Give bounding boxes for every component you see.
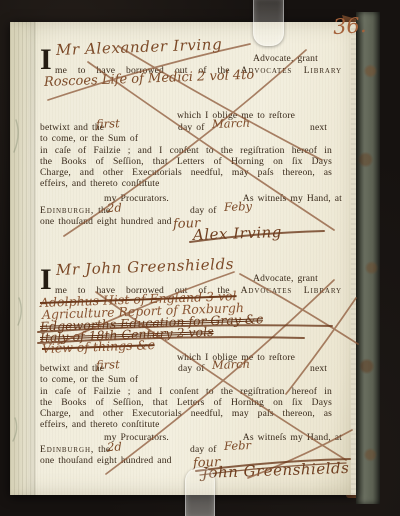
dropcap-initial: I [40,268,52,292]
printed-one-thousand: one thouſand eight hundred and [40,455,172,466]
edinburgh-word: Edinburgh, [40,205,94,216]
printed-charge-line: Charge, and other Executorials needful, … [40,167,332,178]
printed-day-of-2: day of [190,205,217,216]
printed-next: next [310,363,327,374]
printed-edinburgh: Edinburgh, the [40,205,110,216]
borrower-signature: John Greenshields [202,459,350,482]
borrower-name: Mr Alexander Irving [56,35,223,59]
printed-failzie-line: in caſe of Failzie ; and I conſent to th… [40,386,332,397]
printed-day-of: day of [178,363,205,374]
printed-session-line: the Books of Seſſion, that Letters of Ho… [40,156,332,167]
return-month: March [212,116,250,131]
loan-entry-1: I Mr Alexander Irving Advocate, grant me… [10,48,356,248]
printed-day-of: day of [178,122,205,133]
film-tab-top [253,0,284,46]
printed-charge-line: Charge, and other Executorials needful, … [40,408,332,419]
signed-month: Febr [224,438,251,453]
printed-next: next [310,122,327,133]
printed-betwixt: betwixt and the [40,122,104,133]
return-day: first [96,116,120,131]
marbled-board-edge [356,12,380,504]
dropcap-initial: I [40,48,52,72]
register-page: I Mr Alexander Irving Advocate, grant me… [10,22,356,495]
loan-entry-2: I Mr John Greenshields Advocate, grant m… [10,268,356,483]
printed-to-come: to come, or the Sum of [40,133,138,144]
printed-session-line: the Books of Seſſion, that Letters of Ho… [40,397,332,408]
borrower-signature: Alex Irving [193,223,282,244]
signed-month: Feby [224,199,252,214]
printed-day-of-2: day of [190,444,217,455]
library-name: Advocates Library [241,65,342,76]
signed-day: 2d [107,439,122,454]
photograph-of-register-page: I Mr Alexander Irving Advocate, grant me… [0,0,400,516]
printed-witness: As witneſs my Hand, at [243,193,342,204]
folio-number: 36. [332,13,367,39]
printed-advocate-grant: Advocate, grant [253,53,318,64]
printed-failzie-line: in caſe of Failzie ; and I conſent to th… [40,145,332,156]
printed-betwixt: betwixt and the [40,363,104,374]
return-month: March [212,357,250,372]
printed-to-come: to come, or the Sum of [40,374,138,385]
printed-one-thousand: one thouſand eight hundred and [40,216,172,227]
signed-day: 2d [107,200,122,215]
printed-effeirs-line: effeirs, and thereto conſtitute [40,419,160,430]
printed-effeirs-line: effeirs, and thereto conſtitute [40,178,160,189]
edinburgh-word: Edinburgh, [40,444,94,455]
printed-edinburgh: Edinburgh, the [40,444,110,455]
library-name: Advocates Library [241,285,342,296]
film-tab-bottom [185,468,215,516]
printed-witness: As witneſs my Hand, at [243,432,342,443]
printed-advocate-grant: Advocate, grant [253,273,318,284]
book-title: View of things &c [42,337,155,356]
return-day: first [96,357,120,372]
borrower-name: Mr John Greenshields [56,255,235,279]
